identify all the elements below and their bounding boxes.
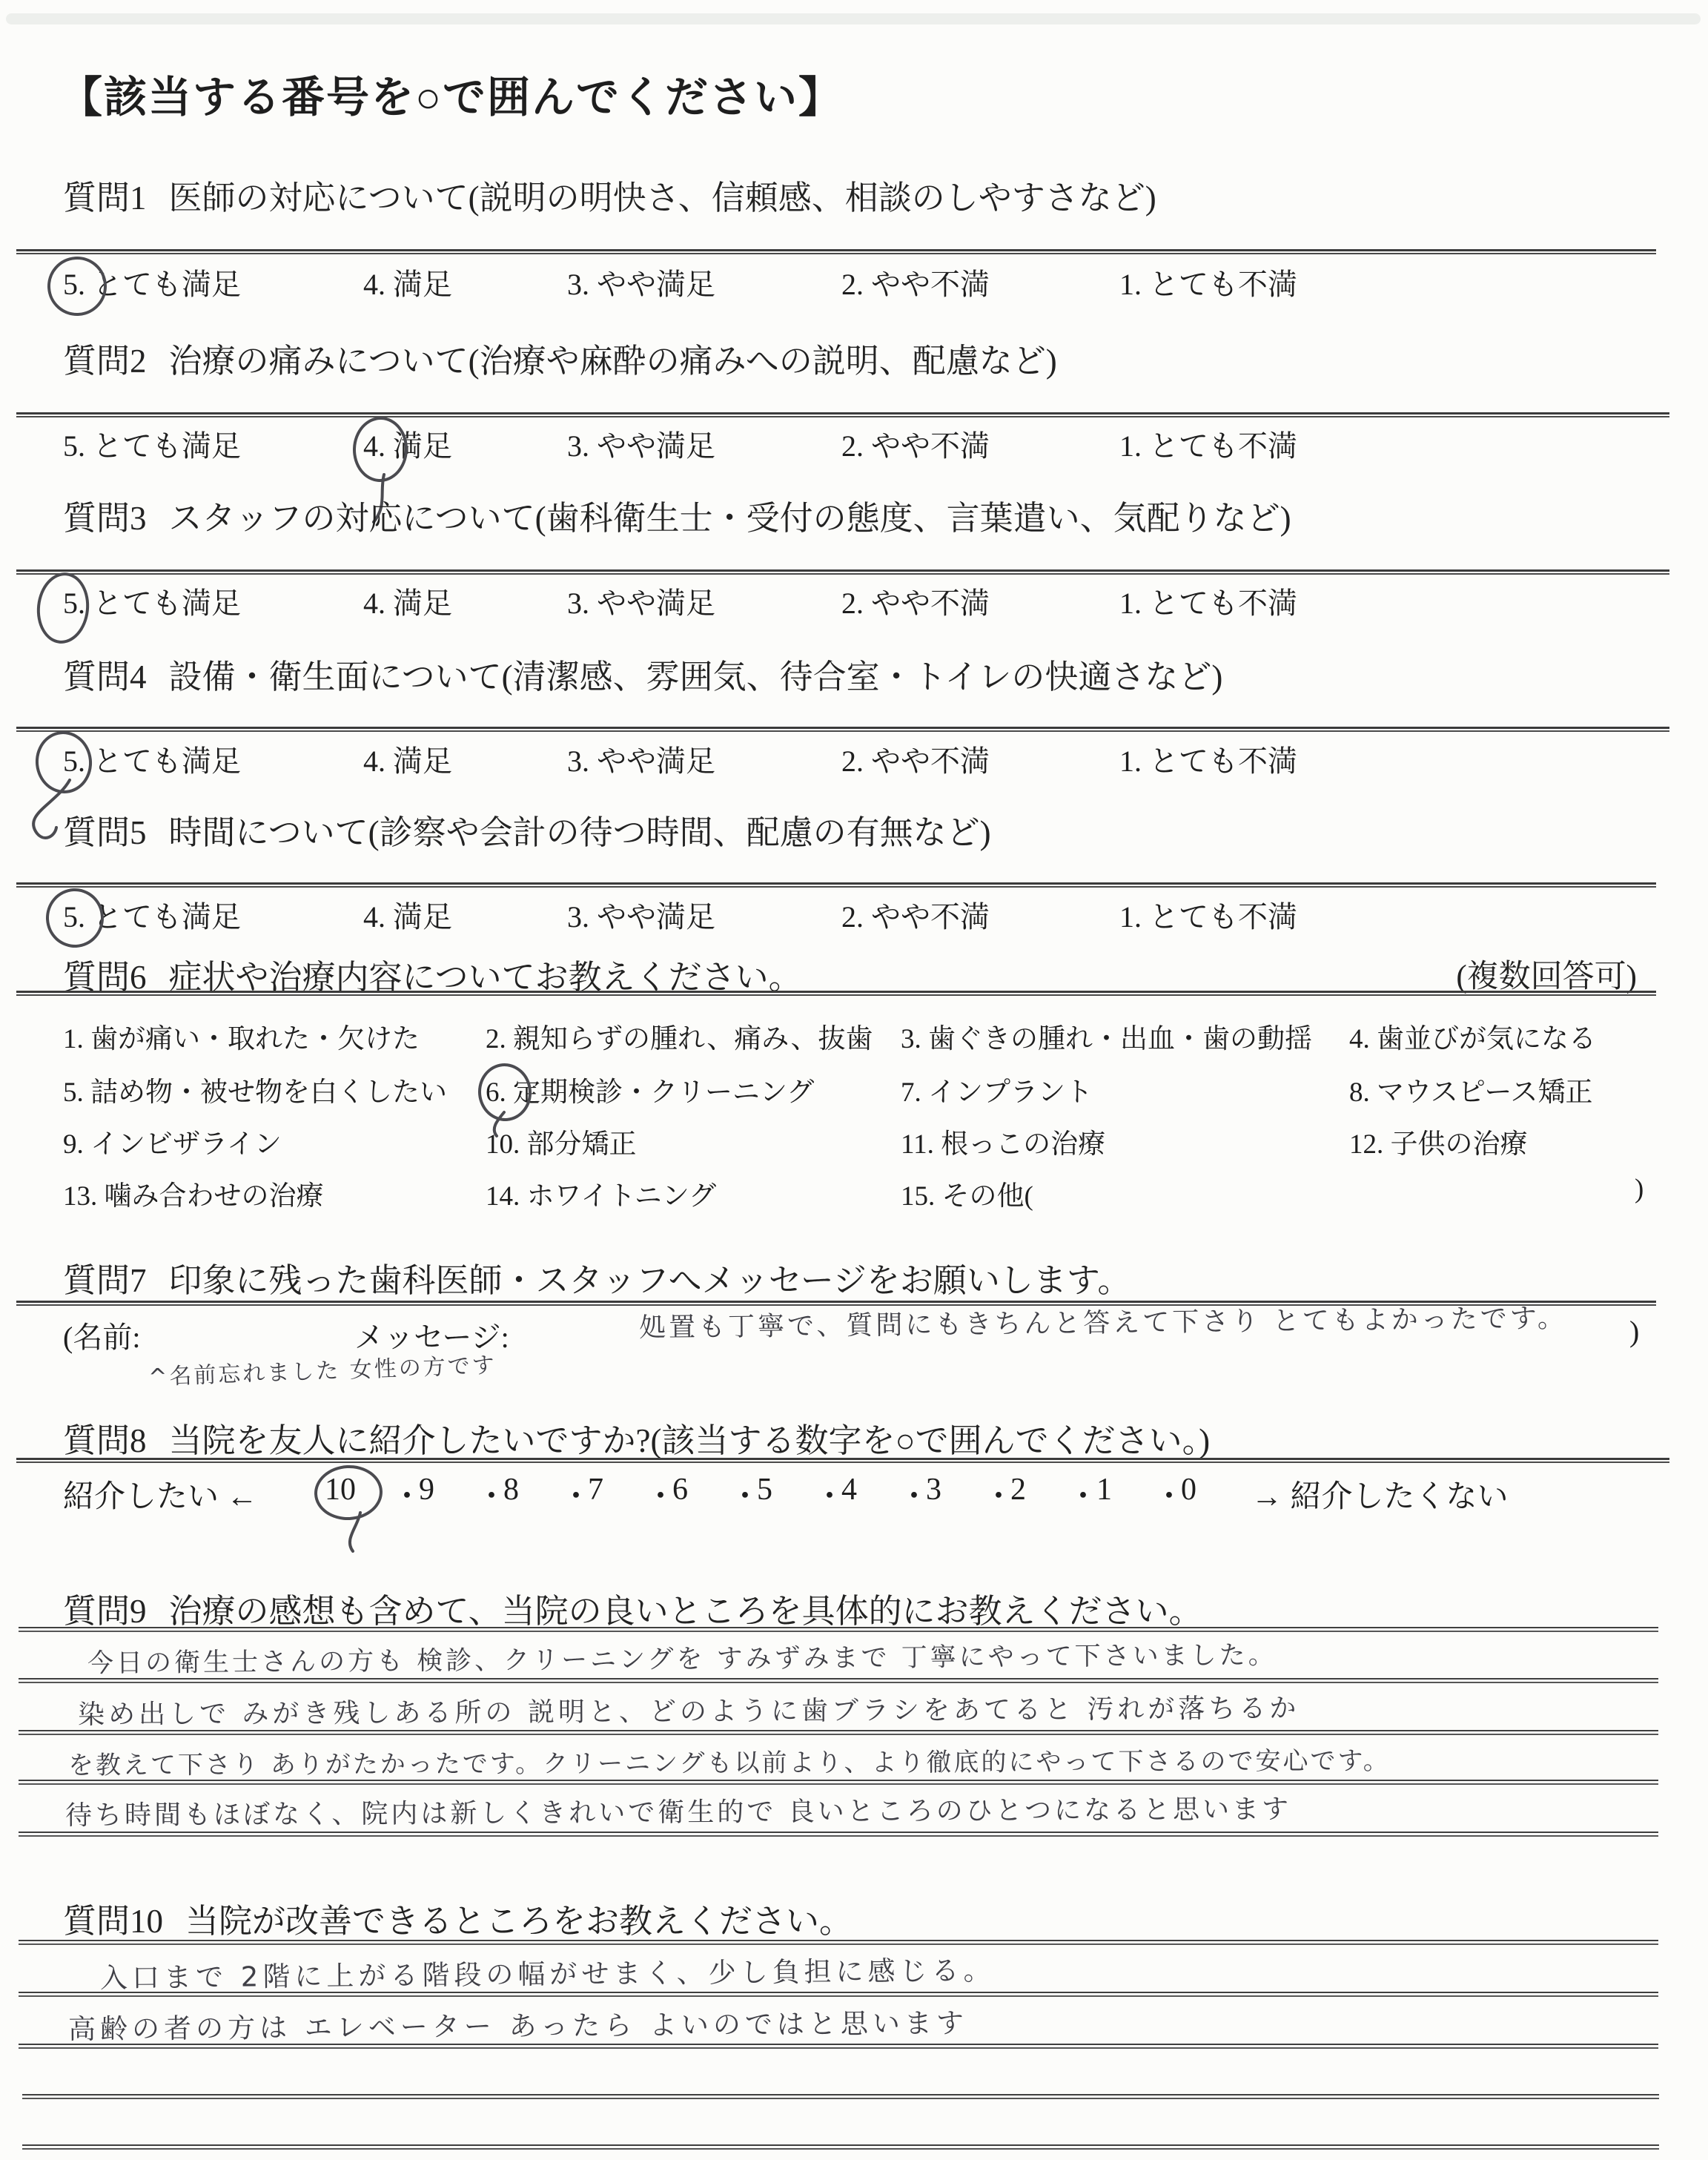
- rating-option: 2. やや不満: [841, 261, 990, 303]
- question2-label: 質問2: [63, 343, 147, 380]
- question10-title: 当院が改善できるところをお教えください。: [185, 1903, 853, 1940]
- q6-option: 14. ホワイトニング: [486, 1173, 716, 1213]
- rating-option: 1. とても不満: [1119, 261, 1297, 303]
- q6-option: 2. 親知らずの腫れ、痛み、抜歯: [486, 1016, 873, 1056]
- q6-option: 15. その他(: [901, 1173, 1033, 1213]
- nps-number-8: 8: [503, 1472, 519, 1507]
- question10-heading: 質問10当院が改善できるところをお教えください。: [63, 1894, 853, 1942]
- nps-left-label: 紹介したい ←: [63, 1472, 258, 1516]
- question2-heading: 質問2治療の痛みについて(治療や麻酔の痛みへの説明、配慮など): [63, 334, 1057, 382]
- question4-heading: 質問4設備・衛生面について(清潔感、雰囲気、待合室・トイレの快適さなど): [63, 650, 1222, 698]
- question1-title: 医師の対応について(説明の明快さ、信頼感、相談のしやすさなど): [169, 179, 1156, 217]
- scan-artifact-band: [6, 13, 1701, 24]
- question4-label: 質問4: [63, 658, 147, 696]
- nps-separator: ・: [898, 1472, 930, 1516]
- handwritten-line: 今日の衛生士さんの方も 検診、クリーニングを すみずみまで 丁寧にやって下さいま…: [87, 1634, 1277, 1680]
- answer-line: [19, 1730, 1658, 1735]
- question9-heading: 質問9治療の感想も含めて、当院の良いところを具体的にお教えください。: [63, 1584, 1202, 1632]
- nps-number-2: 2: [1010, 1472, 1026, 1507]
- q6-option: 13. 噛み合わせの治療: [63, 1173, 324, 1213]
- answer-line: [19, 2044, 1658, 2049]
- question9-title: 治療の感想も含めて、当院の良いところを具体的にお教えください。: [169, 1593, 1202, 1630]
- q6-option: 6. 定期検診・クリーニング: [486, 1069, 814, 1109]
- nps-separator: ・: [560, 1472, 592, 1516]
- question8-heading: 質問8当院を友人に紹介したいですか?(該当する数字を○で囲んでください。): [63, 1413, 1210, 1462]
- question1-label: 質問1: [63, 179, 147, 217]
- rating-option: 3. やや満足: [567, 261, 715, 303]
- answer-line: [19, 1992, 1658, 1997]
- rating-option: 5. とても満足: [63, 580, 241, 622]
- rating-option: 3. やや満足: [567, 580, 715, 622]
- handwritten-line: 染め出しで みがき残しある所の 説明と、どのように歯ブラシをあてると 汚れが落ち…: [78, 1688, 1300, 1732]
- rating-option: 2. やや不満: [841, 894, 990, 936]
- q6-option: 4. 歯並びが気になる: [1349, 1016, 1596, 1056]
- nps-number-1: 1: [1096, 1472, 1112, 1507]
- question1-heading: 質問1医師の対応について(説明の明快さ、信頼感、相談のしやすさなど): [63, 171, 1156, 219]
- question3-heading: 質問3スタッフの対応について(歯科衛生士・受付の態度、言葉遣い、気配りなど): [63, 491, 1291, 539]
- rating-option: 3. やや満足: [567, 738, 715, 780]
- separator-rule: [16, 412, 1669, 417]
- answer-line: [19, 1940, 1658, 1945]
- circle-tail-q8: [331, 1511, 383, 1554]
- nps-number-3: 3: [926, 1472, 941, 1507]
- rating-option: 4. 満足: [363, 894, 452, 936]
- nps-number-4: 4: [841, 1472, 857, 1507]
- question3-label: 質問3: [63, 500, 147, 537]
- question7-heading: 質問7印象に残った歯科医師・スタッフへメッセージをお願いします。: [63, 1253, 1131, 1301]
- separator-rule: [16, 1458, 1669, 1463]
- rating-option: 4. 満足: [363, 738, 452, 780]
- nps-separator: ・: [391, 1472, 423, 1516]
- rating-option: 3. やや満足: [567, 894, 715, 936]
- q6-option: 5. 詰め物・被せ物を白くしたい: [63, 1069, 447, 1109]
- question6-options-row4: 13. 噛み合わせの治療 14. ホワイトニング 15. その他( ): [0, 1173, 1708, 1215]
- question6-options-row1: 1. 歯が痛い・取れた・欠けた 2. 親知らずの腫れ、痛み、抜歯 3. 歯ぐきの…: [0, 1016, 1708, 1057]
- q6-option-close-paren: ): [1635, 1173, 1644, 1205]
- rating-option: 3. やや満足: [567, 423, 715, 465]
- question3-options-row: 5. とても満足 4. 満足 3. やや満足 2. やや不満 1. とても不満: [0, 580, 1708, 621]
- handwritten-line: 高齢の者の方は エレベーター あったら よいのではと思います: [68, 2001, 968, 2047]
- q6-option: 8. マウスピース矯正: [1349, 1069, 1593, 1109]
- q6-option: 9. インビザライン: [63, 1121, 282, 1161]
- q6-option: 3. 歯ぐきの腫れ・出血・歯の動揺: [901, 1016, 1312, 1056]
- nps-separator: ・: [476, 1472, 507, 1516]
- question2-options-row: 5. とても満足 4. 満足 3. やや満足 2. やや不満 1. とても不満: [0, 423, 1708, 464]
- separator-rule: [16, 249, 1656, 254]
- answer-line: [22, 2144, 1659, 2150]
- rating-option: 4. 満足: [363, 580, 452, 622]
- handwritten-line: を教えて下さり ありがたかったです。クリーニングも以前より、より徹底的にやって下…: [68, 1740, 1391, 1781]
- nps-number-7: 7: [588, 1472, 603, 1507]
- question4-options-row: 5. とても満足 4. 満足 3. やや満足 2. やや不満 1. とても不満: [0, 738, 1708, 779]
- separator-rule: [16, 727, 1669, 732]
- rating-option: 4. 満足: [363, 261, 452, 303]
- answer-line: [22, 2094, 1659, 2099]
- nps-scale-row: 紹介したい ← 10 ・ 9 ・ 8 ・ 7 ・ 6 ・ 5 ・ 4 ・ 3 ・…: [0, 1472, 1708, 1516]
- handwritten-note: ^名前忘れました 女性の方です: [148, 1347, 497, 1391]
- answer-line: [19, 1678, 1658, 1683]
- nps-number-0: 0: [1181, 1472, 1196, 1507]
- question5-title: 時間について(診察や会計の待つ時間、配慮の有無など): [169, 814, 991, 851]
- close-paren: ): [1629, 1314, 1639, 1349]
- scanned-survey-page: 【該当する番号を○で囲んでください】 質問1医師の対応について(説明の明快さ、信…: [0, 0, 1708, 2160]
- rating-option: 1. とても不満: [1119, 580, 1297, 622]
- separator-rule: [16, 882, 1656, 888]
- rating-option: 1. とても不満: [1119, 894, 1297, 936]
- question5-heading: 質問5時間について(診察や会計の待つ時間、配慮の有無など): [63, 805, 991, 853]
- question3-title: スタッフの対応について(歯科衛生士・受付の態度、言葉遣い、気配りなど): [169, 500, 1291, 537]
- nps-separator: ・: [729, 1472, 761, 1516]
- nps-separator: ・: [645, 1472, 676, 1516]
- separator-rule: [16, 569, 1669, 575]
- question6-options-row2: 5. 詰め物・被せ物を白くしたい 6. 定期検診・クリーニング 7. インプラン…: [0, 1069, 1708, 1111]
- handwritten-line: 入口まで 2階に上がる階段の幅がせまく、少し負担に感じる。: [100, 1948, 996, 1996]
- nps-number-5: 5: [757, 1472, 772, 1507]
- question10-label: 質問10: [63, 1903, 163, 1940]
- name-field-label: (名前:: [63, 1314, 140, 1356]
- answer-line: [19, 1780, 1658, 1785]
- nps-number-9: 9: [419, 1472, 434, 1507]
- question2-title: 治療の痛みについて(治療や麻酔の痛みへの説明、配慮など): [169, 343, 1057, 380]
- q6-option: 1. 歯が痛い・取れた・欠けた: [63, 1016, 420, 1056]
- separator-rule: [16, 991, 1656, 996]
- question5-label: 質問5: [63, 814, 147, 851]
- question5-options-row: 5. とても満足 4. 満足 3. やや満足 2. やや不満 1. とても不満: [0, 894, 1708, 935]
- question6-options-row3: 9. インビザライン 10. 部分矯正 11. 根っこの治療 12. 子供の治療: [0, 1121, 1708, 1163]
- question1-options-row: 5. とても満足 4. 満足 3. やや満足 2. やや不満 1. とても不満: [0, 261, 1708, 303]
- nps-right-label: → 紹介したくない: [1251, 1472, 1509, 1516]
- nps-separator: ・: [983, 1472, 1014, 1516]
- rating-option: 5. とても満足: [63, 423, 241, 465]
- question4-title: 設備・衛生面について(清潔感、雰囲気、待合室・トイレの快適さなど): [169, 658, 1223, 696]
- question8-label: 質問8: [63, 1422, 147, 1459]
- q6-option: 11. 根っこの治療: [901, 1121, 1105, 1161]
- question7-label: 質問7: [63, 1262, 147, 1299]
- rating-option: 1. とても不満: [1119, 423, 1297, 465]
- nps-number-6: 6: [672, 1472, 688, 1507]
- nps-separator: ・: [814, 1472, 845, 1516]
- handwritten-line: 待ち時間もほぼなく、院内は新しくきれいで衛生的で 良いところのひとつになると思い…: [65, 1789, 1291, 1833]
- answer-line: [19, 1627, 1658, 1632]
- question8-title: 当院を友人に紹介したいですか?(該当する数字を○で囲んでください。): [169, 1422, 1211, 1459]
- question9-label: 質問9: [63, 1593, 147, 1630]
- question6-note: (複数回答可): [1456, 951, 1637, 997]
- answer-line: [19, 1832, 1658, 1837]
- rating-option: 1. とても不満: [1119, 738, 1297, 780]
- nps-separator: ・: [1153, 1472, 1185, 1516]
- circle-tail-q6: [482, 1111, 513, 1139]
- rating-option: 2. やや不満: [841, 580, 990, 622]
- q6-option: 7. インプラント: [901, 1069, 1093, 1109]
- nps-separator: ・: [1067, 1472, 1099, 1516]
- question7-title: 印象に残った歯科医師・スタッフへメッセージをお願いします。: [169, 1262, 1131, 1299]
- q6-option: 12. 子供の治療: [1349, 1121, 1528, 1161]
- rating-option: 2. やや不満: [841, 423, 990, 465]
- rating-option: 2. やや不満: [841, 738, 990, 780]
- survey-title: 【該当する番号を○で囲んでください】: [59, 62, 843, 125]
